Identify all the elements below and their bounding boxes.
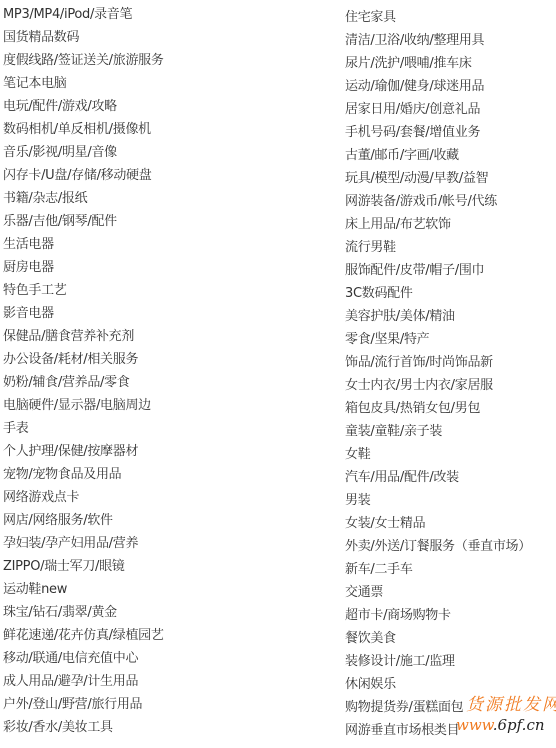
category-item: 网络游戏点卡 — [3, 486, 323, 509]
category-item: 休闲娱乐 — [345, 673, 556, 696]
category-item: 乐器/吉他/钢琴/配件 — [3, 210, 323, 233]
category-item: 彩妆/香水/美妆工具 — [3, 716, 323, 739]
category-item: 成人用品/避孕/计生用品 — [3, 670, 323, 693]
category-item: 汽车/用品/配件/改装 — [345, 466, 556, 489]
category-item: 装修设计/施工/监理 — [345, 650, 556, 673]
category-item: 购物提货券/蛋糕面包 — [345, 696, 556, 719]
category-item: 饰品/流行首饰/时尚饰品新 — [345, 351, 556, 374]
category-item: 女士内衣/男士内衣/家居服 — [345, 374, 556, 397]
category-item: 户外/登山/野营/旅行用品 — [3, 693, 323, 716]
category-item: 个人护理/保健/按摩器材 — [3, 440, 323, 463]
category-item: 电脑硬件/显示器/电脑周边 — [3, 394, 323, 417]
category-item: 厨房电器 — [3, 256, 323, 279]
category-item: 女鞋 — [345, 443, 556, 466]
category-item: 办公设备/耗材/相关服务 — [3, 348, 323, 371]
category-item: 闪存卡/U盘/存储/移动硬盘 — [3, 164, 323, 187]
category-item: 床上用品/布艺软饰 — [345, 213, 556, 236]
category-item: 书籍/杂志/报纸 — [3, 187, 323, 210]
category-item: 超市卡/商场购物卡 — [345, 604, 556, 627]
category-item: 宠物/宠物食品及用品 — [3, 463, 323, 486]
category-list-right: 住宅家具清洁/卫浴/收纳/整理用具尿片/洗护/喂哺/推车床运动/瑜伽/健身/球迷… — [345, 6, 556, 742]
category-item: 度假线路/签证送关/旅游服务 — [3, 49, 323, 72]
category-item: 外卖/外送/订餐服务（垂直市场） — [345, 535, 556, 558]
category-item: 手表 — [3, 417, 323, 440]
category-item: MP3/MP4/iPod/录音笔 — [3, 3, 323, 26]
category-item: 童装/童鞋/亲子装 — [345, 420, 556, 443]
category-item: 女装/女士精品 — [345, 512, 556, 535]
category-item: 零食/坚果/特产 — [345, 328, 556, 351]
category-item: 网游装备/游戏币/帐号/代练 — [345, 190, 556, 213]
category-item: 交通票 — [345, 581, 556, 604]
category-item: 运动鞋new — [3, 578, 323, 601]
category-item: 珠宝/钻石/翡翠/黄金 — [3, 601, 323, 624]
category-item: 美容护肤/美体/精油 — [345, 305, 556, 328]
category-item: 清洁/卫浴/收纳/整理用具 — [345, 29, 556, 52]
category-item: 住宅家具 — [345, 6, 556, 29]
category-item: 国货精品数码 — [3, 26, 323, 49]
category-item: 男装 — [345, 489, 556, 512]
category-item: ZIPPO/瑞士军刀/眼镜 — [3, 555, 323, 578]
category-item: 奶粉/辅食/营养品/零食 — [3, 371, 323, 394]
category-item: 保健品/膳食营养补充剂 — [3, 325, 323, 348]
category-item: 特色手工艺 — [3, 279, 323, 302]
category-item: 3C数码配件 — [345, 282, 556, 305]
category-item: 手机号码/套餐/增值业务 — [345, 121, 556, 144]
category-item: 尿片/洗护/喂哺/推车床 — [345, 52, 556, 75]
category-item: 餐饮美食 — [345, 627, 556, 650]
category-item: 箱包皮具/热销女包/男包 — [345, 397, 556, 420]
category-item: 移动/联通/电信充值中心 — [3, 647, 323, 670]
category-item: 服饰配件/皮带/帽子/围巾 — [345, 259, 556, 282]
category-item: 玩具/模型/动漫/早教/益智 — [345, 167, 556, 190]
category-item: 网店/网络服务/软件 — [3, 509, 323, 532]
category-item: 生活电器 — [3, 233, 323, 256]
category-item: 数码相机/单反相机/摄像机 — [3, 118, 323, 141]
category-item: 运动/瑜伽/健身/球迷用品 — [345, 75, 556, 98]
category-item: 流行男鞋 — [345, 236, 556, 259]
category-item: 音乐/影视/明星/音像 — [3, 141, 323, 164]
category-list-left: MP3/MP4/iPod/录音笔国货精品数码度假线路/签证送关/旅游服务笔记本电… — [3, 3, 323, 739]
category-item: 居家日用/婚庆/创意礼品 — [345, 98, 556, 121]
category-item: 古董/邮币/字画/收藏 — [345, 144, 556, 167]
category-item: 鲜花速递/花卉仿真/绿植园艺 — [3, 624, 323, 647]
category-item: 电玩/配件/游戏/攻略 — [3, 95, 323, 118]
category-item: 笔记本电脑 — [3, 72, 323, 95]
category-item: 孕妇装/孕产妇用品/营养 — [3, 532, 323, 555]
category-item: 影音电器 — [3, 302, 323, 325]
category-item: 新车/二手车 — [345, 558, 556, 581]
category-item: 网游垂直市场根类目 — [345, 719, 556, 742]
